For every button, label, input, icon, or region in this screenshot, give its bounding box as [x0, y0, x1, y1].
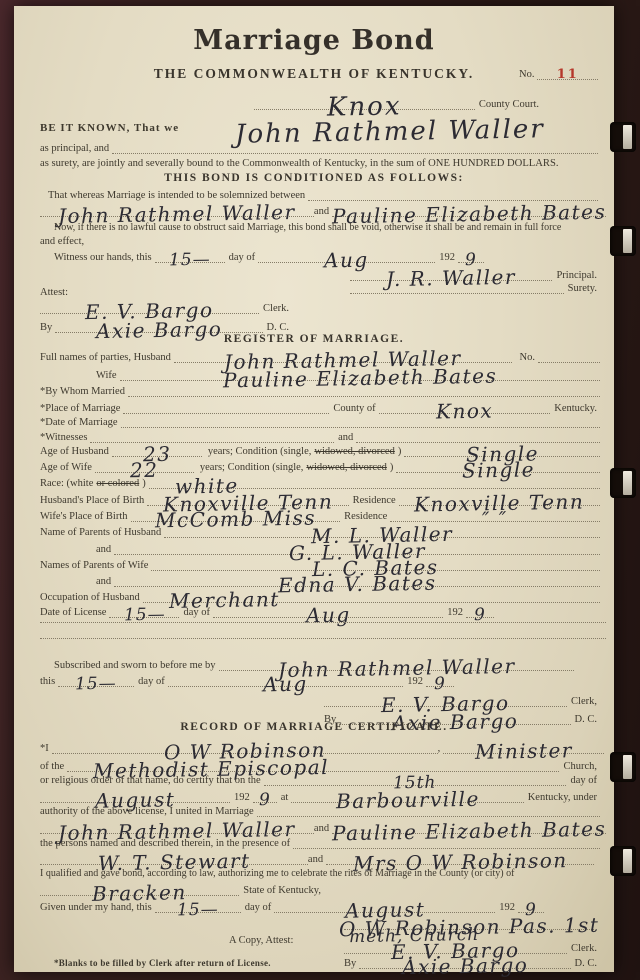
- register-heading-row: REGISTER OF MARRIAGE.: [14, 331, 614, 345]
- surety-clause-text: as surety, are jointly and severally bou…: [40, 158, 562, 169]
- principal-name-area: John Rathmel Waller: [182, 110, 598, 134]
- bond-day-handwriting: 15—: [169, 255, 211, 266]
- county-court-label: County Court.: [475, 99, 542, 110]
- license-label: Date of License: [40, 607, 109, 618]
- surety-label: Surety.: [564, 283, 600, 294]
- binder-hole-icon: [610, 226, 636, 256]
- given-day-of-label: day of: [241, 902, 275, 913]
- license-year-handwriting: 9: [474, 610, 486, 620]
- cert-deputy-line: Axie Bargo: [359, 952, 570, 969]
- full-names-row: Full names of parties, Husband John Rath…: [40, 345, 600, 363]
- footnote-row: *Blanks to be filled by Clerk after retu…: [54, 952, 274, 968]
- bond-bride-line: Pauline Elizabeth Bates: [332, 198, 606, 217]
- sworn-day-of-label: day of: [134, 676, 168, 687]
- bond-number-value: 11: [557, 70, 579, 80]
- binder-fastener-icon: [623, 471, 632, 495]
- register-wife-line: Pauline Elizabeth Bates: [120, 362, 600, 381]
- sworn-month-handwriting: Aug: [263, 679, 308, 690]
- certificate-heading-row: RECORD OF MARRIAGE CERTIFICATE.: [14, 719, 614, 733]
- binder-fastener-icon: [623, 229, 632, 253]
- binder-fastener-icon: [623, 755, 632, 779]
- be-it-known-label: BE IT KNOWN, That we: [40, 122, 182, 134]
- bond-couple-row: John Rathmel Waller and Pauline Elizabet…: [40, 199, 606, 217]
- license-day-of-label: day of: [179, 607, 213, 618]
- bond-day-of-label: day of: [225, 252, 259, 263]
- surety-clause-row: as surety, are jointly and severally bou…: [40, 153, 606, 169]
- binder-hole-icon: [610, 468, 636, 498]
- surety-blank-line: [112, 137, 598, 154]
- commonwealth-heading: THE COMMONWEALTH OF KENTUCKY.: [154, 66, 475, 82]
- cert-deputy-handwriting: Axie Bargo: [402, 960, 528, 972]
- surety-signature-line: [350, 277, 564, 294]
- cert-deputy-row: By Axie Bargo D. C.: [344, 953, 600, 969]
- document-photo: Marriage Bond THE COMMONWEALTH OF KENTUC…: [0, 0, 640, 980]
- bond-number-line: 11: [537, 63, 598, 80]
- sworn-this-label: this: [40, 676, 58, 687]
- county-line: Knox: [254, 87, 475, 110]
- cert-dc-label: D. C.: [571, 958, 600, 969]
- marriage-bond-page: Marriage Bond THE COMMONWEALTH OF KENTUC…: [14, 6, 614, 972]
- bond-and-label: and: [314, 206, 332, 217]
- bond-number-row: No. 11: [519, 64, 598, 80]
- copy-attest-row: A Copy, Attest:: [229, 930, 314, 946]
- license-month-line: Aug: [213, 599, 443, 618]
- bond-deputy-line: Axie Bargo: [55, 312, 262, 333]
- be-it-known-row: BE IT KNOWN, That we John Rathmel Waller: [40, 110, 598, 134]
- bond-number-label: No.: [519, 69, 537, 80]
- license-year-line: 9: [466, 599, 494, 618]
- bond-day-line: 15—: [155, 244, 225, 263]
- given-label: Given under my hand, this: [40, 902, 155, 913]
- binder-hole-icon: [610, 846, 636, 876]
- binder-fastener-icon: [623, 849, 632, 873]
- bond-heading-row: THIS BOND IS CONDITIONED AS FOLLOWS:: [14, 169, 614, 184]
- license-day-handwriting: 15—: [124, 610, 166, 621]
- sworn-day-line: 15—: [58, 668, 134, 687]
- bond-clerk-line: E. V. Bargo: [40, 293, 259, 314]
- license-day-line: 15—: [109, 599, 179, 618]
- given-day-handwriting: 15—: [177, 905, 219, 916]
- register-husband-line: John Rathmel Waller: [174, 344, 512, 363]
- section-divider-line: [40, 622, 606, 623]
- section-divider-line2: [40, 638, 606, 639]
- license-month-handwriting: Aug: [306, 610, 351, 621]
- binder-hole-icon: [610, 122, 636, 152]
- cert-by-label: By: [344, 958, 359, 969]
- license-row: Date of License 15— day of Aug 192 9: [40, 600, 494, 618]
- binder-fastener-icon: [623, 125, 632, 149]
- cert-groom-line: John Rathmel Waller: [40, 815, 314, 834]
- document-title-row: Marriage Bond: [14, 26, 614, 56]
- bond-clerk-row: E. V. Bargo Clerk.: [40, 294, 292, 314]
- copy-attest-label: A Copy, Attest:: [229, 935, 296, 946]
- county-court-row: Knox County Court.: [254, 88, 542, 110]
- bond-conditioned-heading: THIS BOND IS CONDITIONED AS FOLLOWS:: [164, 172, 464, 184]
- document-title: Marriage Bond: [193, 25, 434, 56]
- bond-groom-line: John Rathmel Waller: [40, 198, 314, 217]
- bond-deputy-row: By Axie Bargo D. C.: [40, 313, 292, 333]
- as-principal-row: as principal, and: [40, 138, 598, 154]
- witness-hands-label: Witness our hands, this: [54, 252, 155, 263]
- binder-hole-icon: [610, 752, 636, 782]
- sworn-day-handwriting: 15—: [75, 679, 117, 690]
- given-day-line: 15—: [155, 894, 241, 913]
- license-year-prefix: 192: [443, 607, 466, 618]
- footnote-text: *Blanks to be filled by Clerk after retu…: [54, 958, 274, 968]
- register-no-line: [538, 344, 600, 363]
- certificate-heading: RECORD OF MARRIAGE CERTIFICATE.: [180, 721, 447, 733]
- wife-label: Wife: [96, 370, 120, 381]
- surety-signature-row: Surety.: [350, 278, 600, 294]
- wife-name-row: Wife Pauline Elizabeth Bates: [96, 363, 600, 381]
